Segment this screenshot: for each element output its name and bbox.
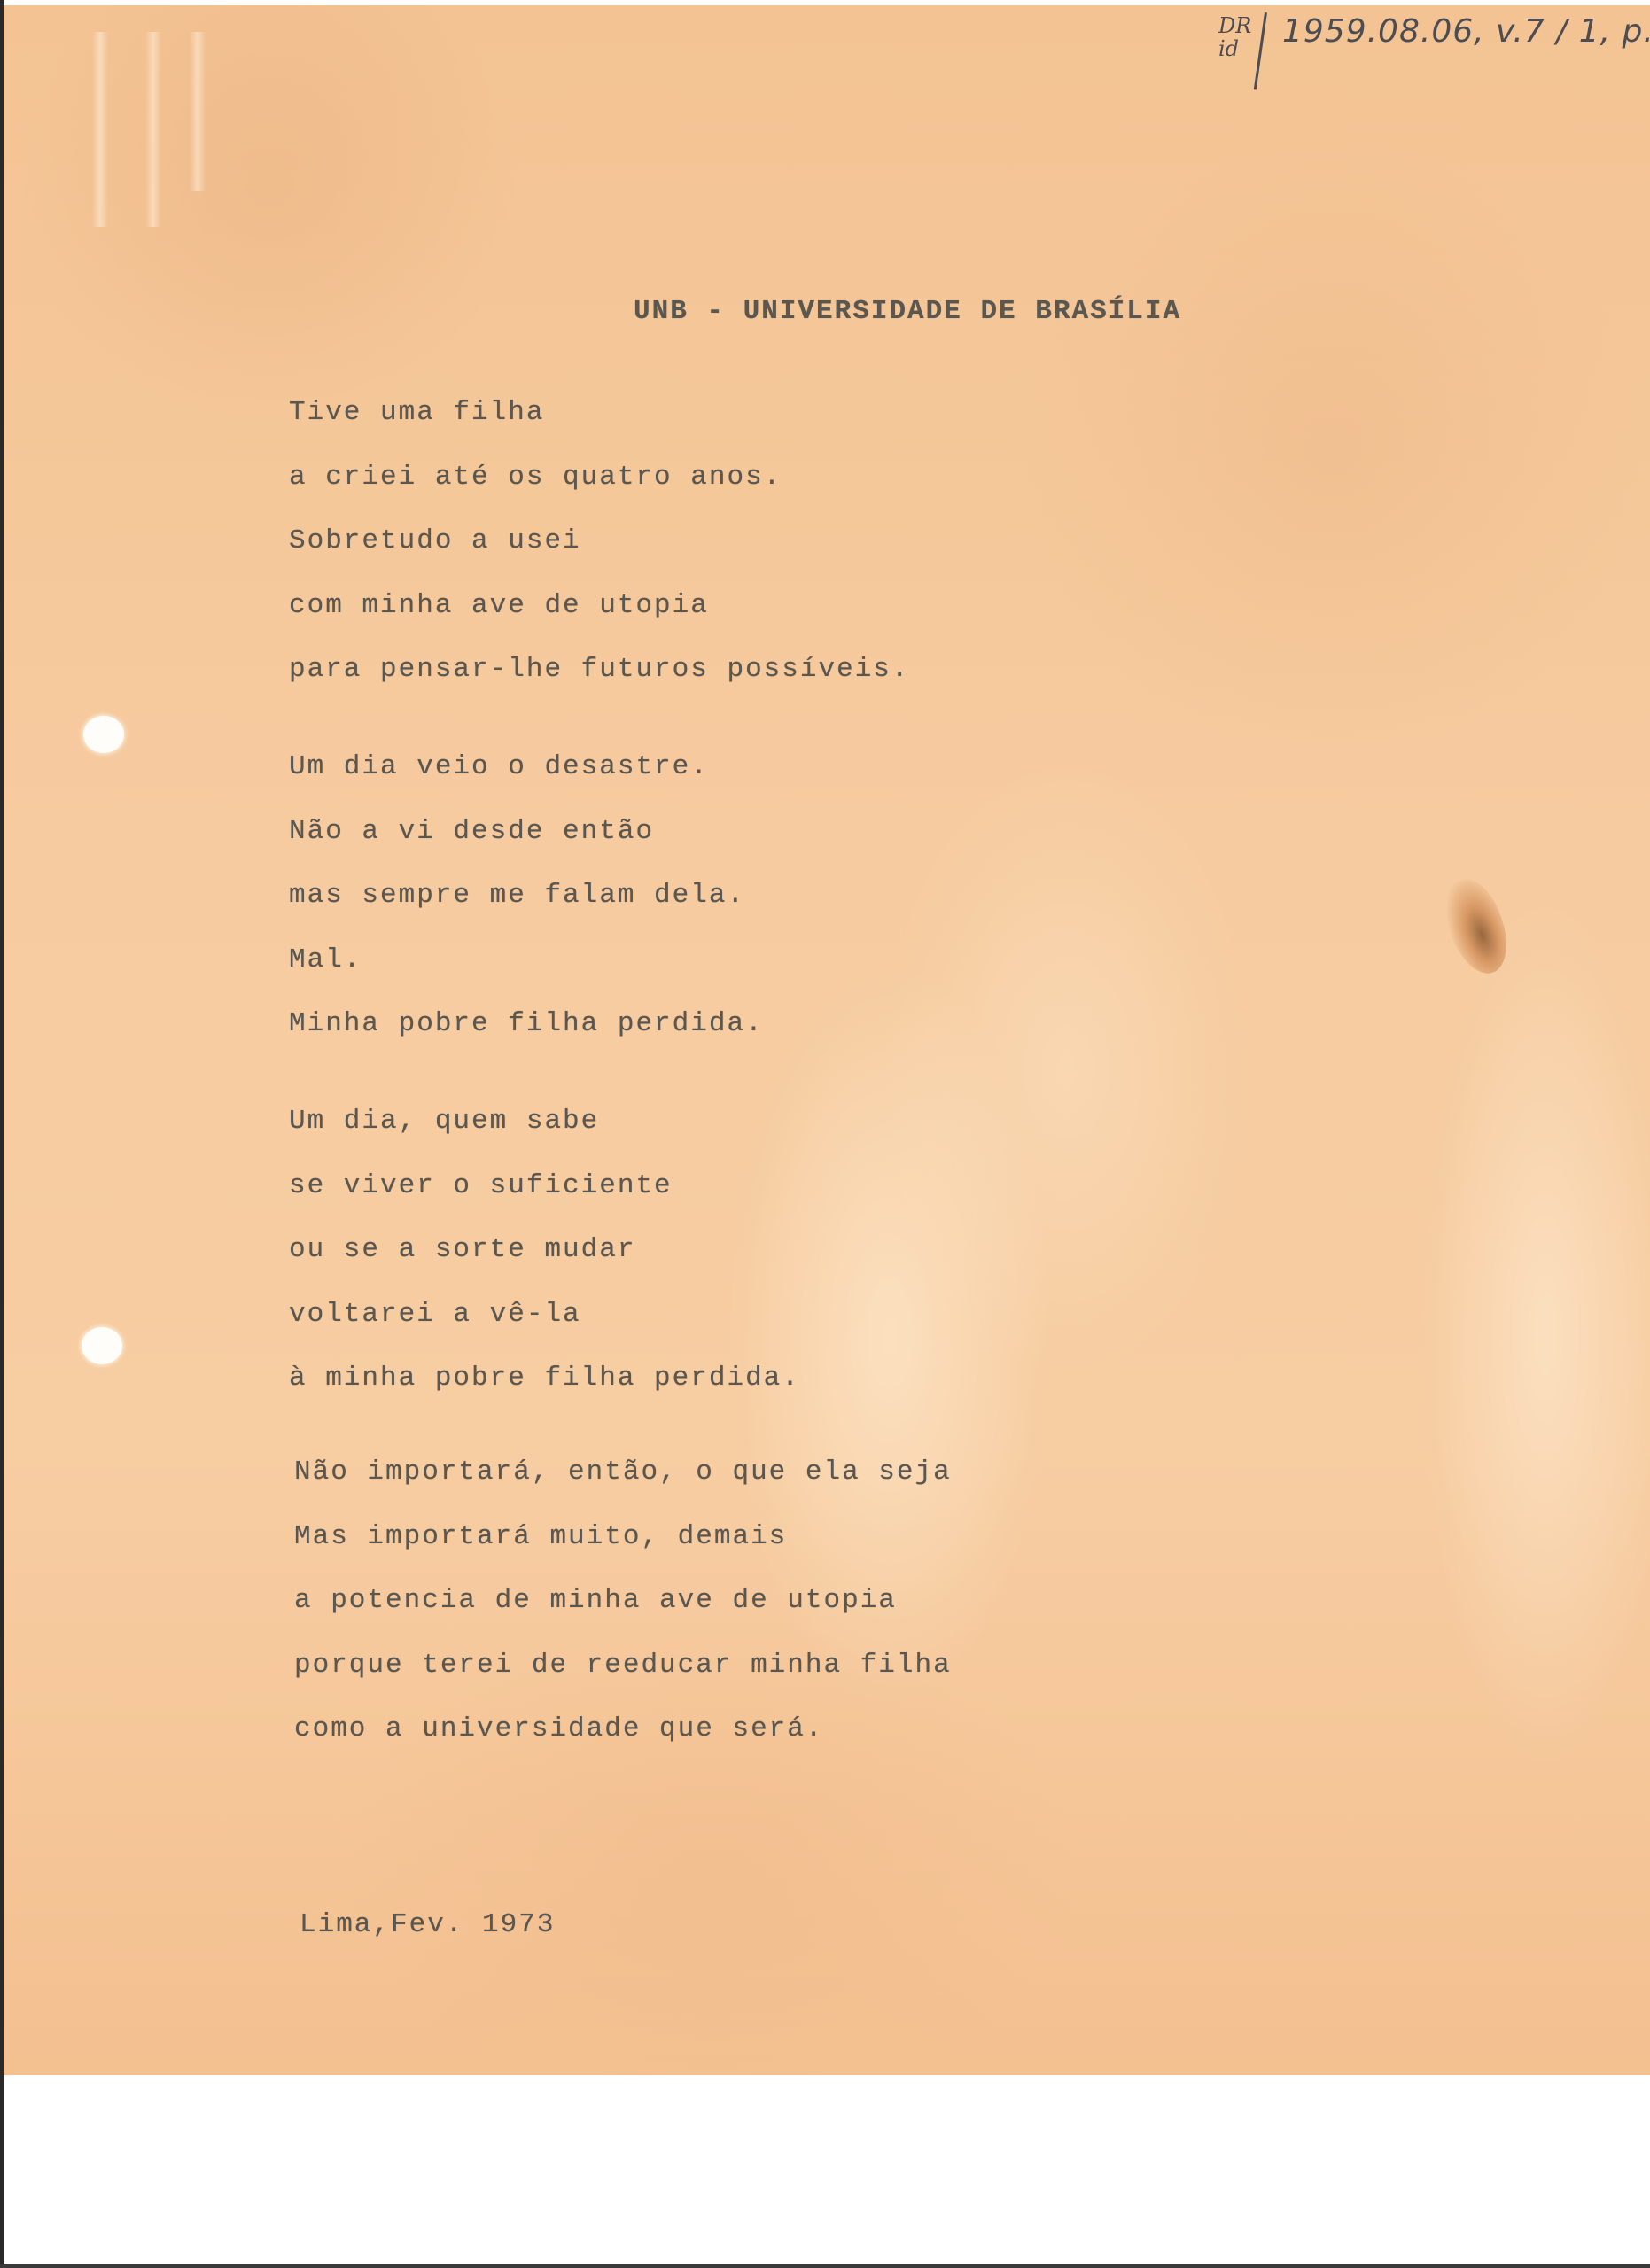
paper-streak [145, 32, 161, 227]
poem-line: ou se a sorte mudar [289, 1234, 952, 1299]
stanza: Um dia, quem sabe se viver o suficiente … [289, 1106, 952, 1394]
poem-line: com minha ave de utopia [289, 590, 952, 655]
archive-prefix-line: id [1218, 37, 1251, 60]
poem-line: Tive uma filha [289, 397, 952, 462]
poem-line: mas sempre me falam dela. [289, 880, 952, 944]
poem-line: Não importará, então, o que ela seja [294, 1456, 952, 1521]
place-and-date: Lima,Fev. 1973 [300, 1909, 555, 1940]
poem-line: Minha pobre filha perdida. [289, 1008, 952, 1040]
rust-stain [1435, 872, 1518, 982]
poem-line: Mal. [289, 944, 952, 1009]
poem-line: como a universidade que será. [294, 1713, 952, 1745]
poem-line: se viver o suficiente [289, 1170, 952, 1235]
poem-line: porque terei de reeducar minha filha [294, 1650, 952, 1714]
punch-hole-bottom [82, 1327, 122, 1364]
archive-reference-prefix: DR id [1218, 14, 1251, 60]
document-title: UNB - UNIVERSIDADE DE BRASÍLIA [634, 296, 1181, 327]
poem-line: a potencia de minha ave de utopia [294, 1585, 952, 1650]
poem-body: Tive uma filha a criei até os quatro ano… [289, 397, 952, 1776]
poem-line: Sobretudo a usei [289, 525, 952, 590]
archive-prefix-line: DR [1218, 14, 1251, 37]
stanza: Não importará, então, o que ela seja Mas… [294, 1456, 952, 1745]
poem-line: Não a vi desde então [289, 816, 952, 881]
poem-line: para pensar-lhe futuros possíveis. [289, 654, 952, 686]
paper-streak [190, 32, 206, 191]
archive-reference-code: 1959.08.06, v.7 / 1, p. 1 [1282, 14, 1650, 50]
punch-hole-top [83, 716, 124, 753]
poem-line: Um dia, quem sabe [289, 1106, 952, 1170]
stanza: Um dia veio o desastre. Não a vi desde e… [289, 751, 952, 1040]
poem-line: Mas importará muito, demais [294, 1521, 952, 1586]
scan-edge-bottom [0, 2264, 1650, 2268]
stanza: Tive uma filha a criei até os quatro ano… [289, 397, 952, 686]
paper-streak [92, 32, 108, 227]
poem-line: voltarei a vê-la [289, 1299, 952, 1363]
poem-line: Um dia veio o desastre. [289, 751, 952, 816]
poem-line: a criei até os quatro anos. [289, 462, 952, 526]
poem-line: à minha pobre filha perdida. [289, 1363, 952, 1394]
